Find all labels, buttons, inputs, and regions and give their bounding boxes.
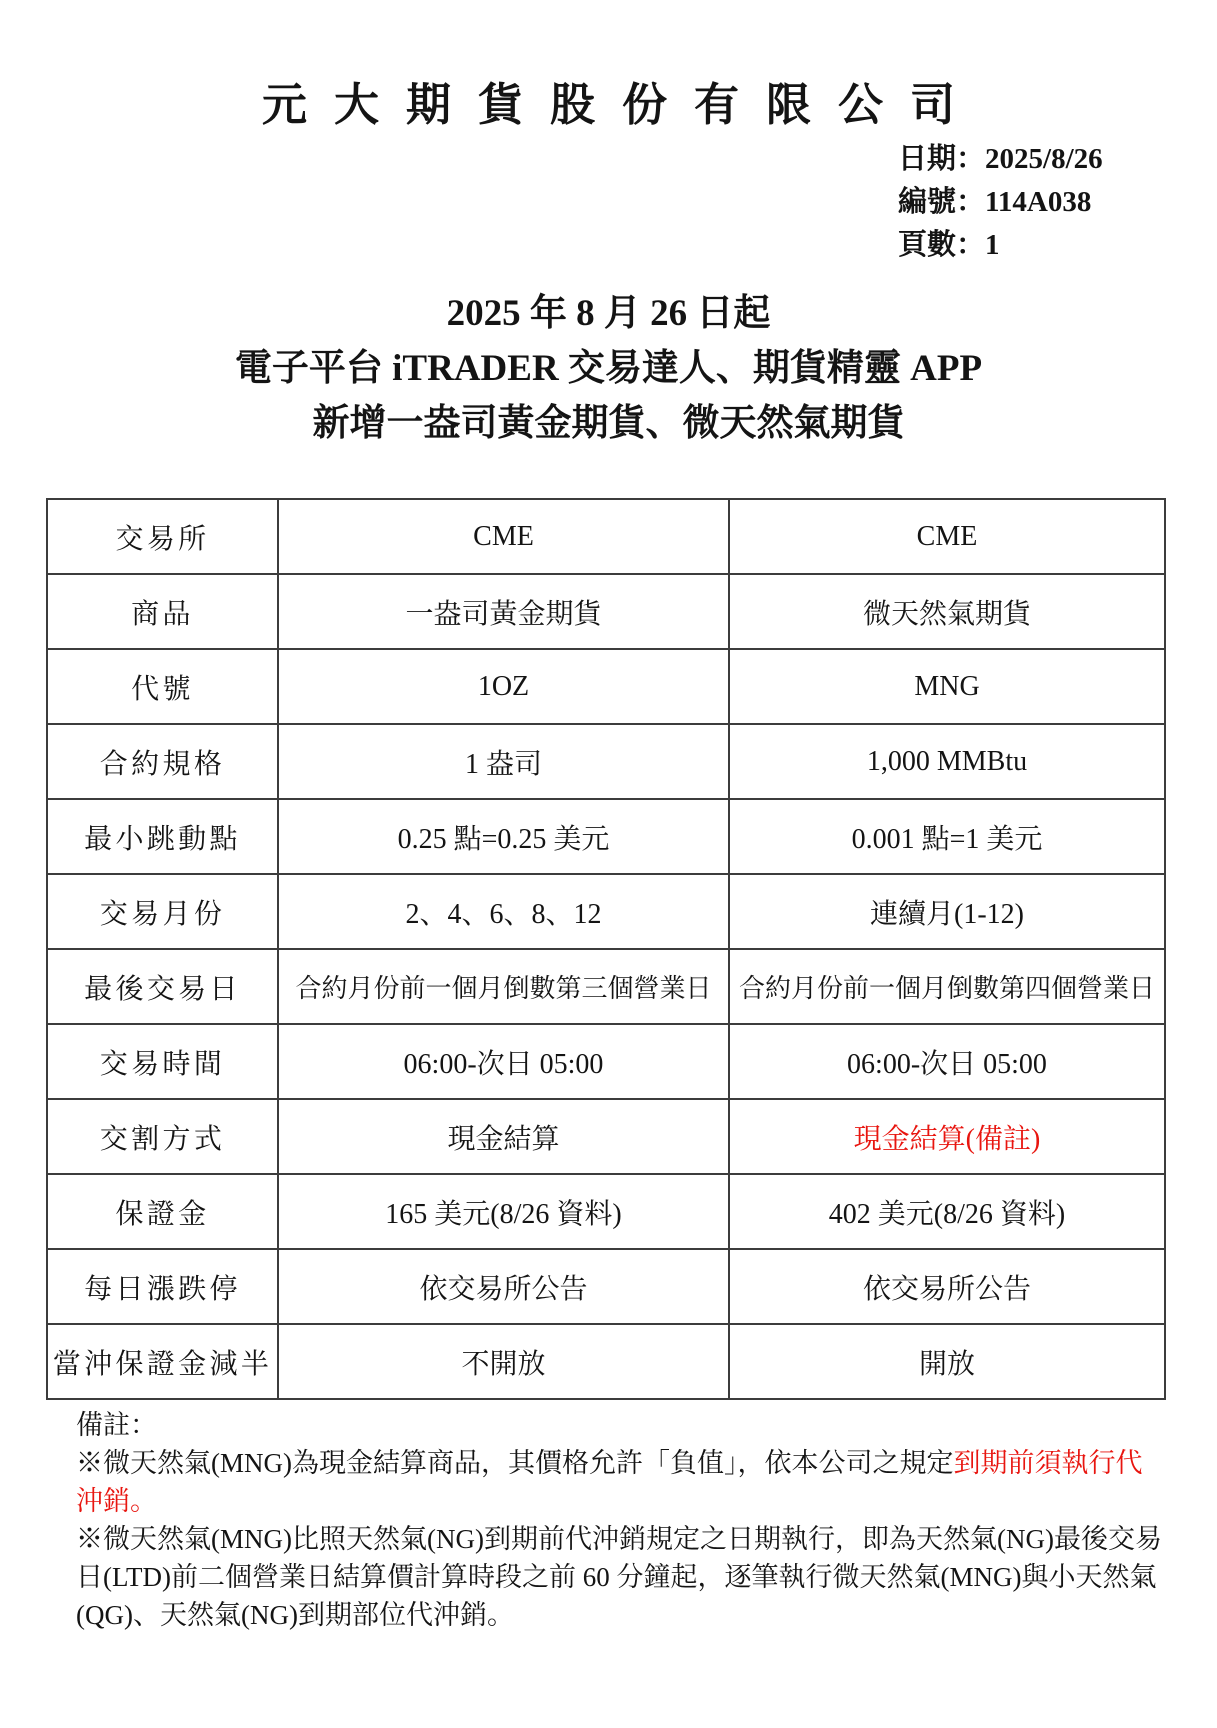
row-margin-label: 保證金 <box>48 1175 279 1250</box>
meta-date-label: 日期： <box>898 143 985 175</box>
note-1-text: ※微天然氣(MNG)為現金結算商品，其價格允許「負值」，依本公司之規定 <box>76 1448 954 1478</box>
gold-futures-last-trading-day-cell: 合約月份前一個月倒數第三個營業日 <box>279 950 730 1025</box>
gold-futures-margin-cell: 165 美元(8/26 資料) <box>279 1175 730 1250</box>
notes-section: 備註： ※微天然氣(MNG)為現金結算商品，其價格允許「負值」，依本公司之規定到… <box>76 1406 1166 1634</box>
meta-date-value: 2025/8/26 <box>985 143 1103 175</box>
gold-futures-tick-size-cell: 0.25 點=0.25 美元 <box>279 800 730 875</box>
meta-page-count-value: 1 <box>985 229 1000 261</box>
micro-gas-exchange-cell: CME <box>730 500 1166 575</box>
micro-gas-margin-cell: 402 美元(8/26 資料) <box>730 1175 1166 1250</box>
gold-futures-contract-size-cell: 1 盎司 <box>279 725 730 800</box>
meta-doc-number-value: 114A038 <box>985 186 1091 218</box>
note-item-1: ※微天然氣(MNG)為現金結算商品，其價格允許「負值」，依本公司之規定到期前須執… <box>76 1444 1166 1520</box>
announcement-line-effective-date: 2025 年 8 月 26 日起 <box>0 286 1217 341</box>
micro-gas-symbol-cell: MNG <box>730 650 1166 725</box>
row-exchange-label: 交易所 <box>48 500 279 575</box>
announcement-title: 2025 年 8 月 26 日起 電子平台 iTRADER 交易達人、期貨精靈 … <box>0 286 1217 451</box>
micro-gas-trading-hours-cell: 06:00-次日 05:00 <box>730 1025 1166 1100</box>
row-product-label: 商品 <box>48 575 279 650</box>
gold-futures-daily-price-limit-cell: 依交易所公告 <box>279 1250 730 1325</box>
meta-page-count: 頁數：1 <box>898 224 1103 267</box>
micro-gas-contract-size-cell: 1,000 MMBtu <box>730 725 1166 800</box>
micro-gas-tick-size-cell: 0.001 點=1 美元 <box>730 800 1166 875</box>
meta-page-count-label: 頁數： <box>898 229 985 261</box>
micro-gas-daily-price-limit-cell: 依交易所公告 <box>730 1250 1166 1325</box>
row-settlement-label: 交割方式 <box>48 1100 279 1175</box>
row-trading-hours-label: 交易時間 <box>48 1025 279 1100</box>
row-contract-months-label: 交易月份 <box>48 875 279 950</box>
row-last-trading-day-label: 最後交易日 <box>48 950 279 1025</box>
row-contract-size-label: 合約規格 <box>48 725 279 800</box>
gold-futures-product-cell: 一盎司黃金期貨 <box>279 575 730 650</box>
contract-spec-table: 交易所 CME CME 商品 一盎司黃金期貨 微天然氣期貨 代號 1OZ MNG… <box>46 498 1166 1400</box>
micro-gas-daytrade-half-margin-cell: 開放 <box>730 1325 1166 1400</box>
notes-heading: 備註： <box>76 1406 1166 1444</box>
gold-futures-settlement-cell: 現金結算 <box>279 1100 730 1175</box>
gold-futures-contract-months-cell: 2、4、6、8、12 <box>279 875 730 950</box>
meta-doc-number: 編號：114A038 <box>898 181 1103 224</box>
meta-doc-number-label: 編號： <box>898 186 985 218</box>
meta-date: 日期：2025/8/26 <box>898 138 1103 181</box>
announcement-line-platforms: 電子平台 iTRADER 交易達人、期貨精靈 APP <box>0 341 1217 396</box>
micro-gas-product-cell: 微天然氣期貨 <box>730 575 1166 650</box>
gold-futures-symbol-cell: 1OZ <box>279 650 730 725</box>
gold-futures-trading-hours-cell: 06:00-次日 05:00 <box>279 1025 730 1100</box>
doc-meta: 日期：2025/8/26 編號：114A038 頁數：1 <box>898 138 1103 267</box>
micro-gas-settlement-cell: 現金結算(備註) <box>730 1100 1166 1175</box>
micro-gas-last-trading-day-cell: 合約月份前一個月倒數第四個營業日 <box>730 950 1166 1025</box>
document-page: 元大期貨股份有限公司 日期：2025/8/26 編號：114A038 頁數：1 … <box>0 0 1217 1728</box>
row-daily-price-limit-label: 每日漲跌停 <box>48 1250 279 1325</box>
company-title: 元大期貨股份有限公司 <box>0 68 1217 133</box>
announcement-line-products: 新增一盎司黃金期貨、微天然氣期貨 <box>0 396 1217 451</box>
row-symbol-label: 代號 <box>48 650 279 725</box>
row-tick-size-label: 最小跳動點 <box>48 800 279 875</box>
micro-gas-contract-months-cell: 連續月(1-12) <box>730 875 1166 950</box>
gold-futures-daytrade-half-margin-cell: 不開放 <box>279 1325 730 1400</box>
gold-futures-exchange-cell: CME <box>279 500 730 575</box>
row-daytrade-half-margin-label: 當沖保證金減半 <box>48 1325 279 1400</box>
note-item-2: ※微天然氣(MNG)比照天然氣(NG)到期前代沖銷規定之日期執行，即為天然氣(N… <box>76 1520 1166 1634</box>
